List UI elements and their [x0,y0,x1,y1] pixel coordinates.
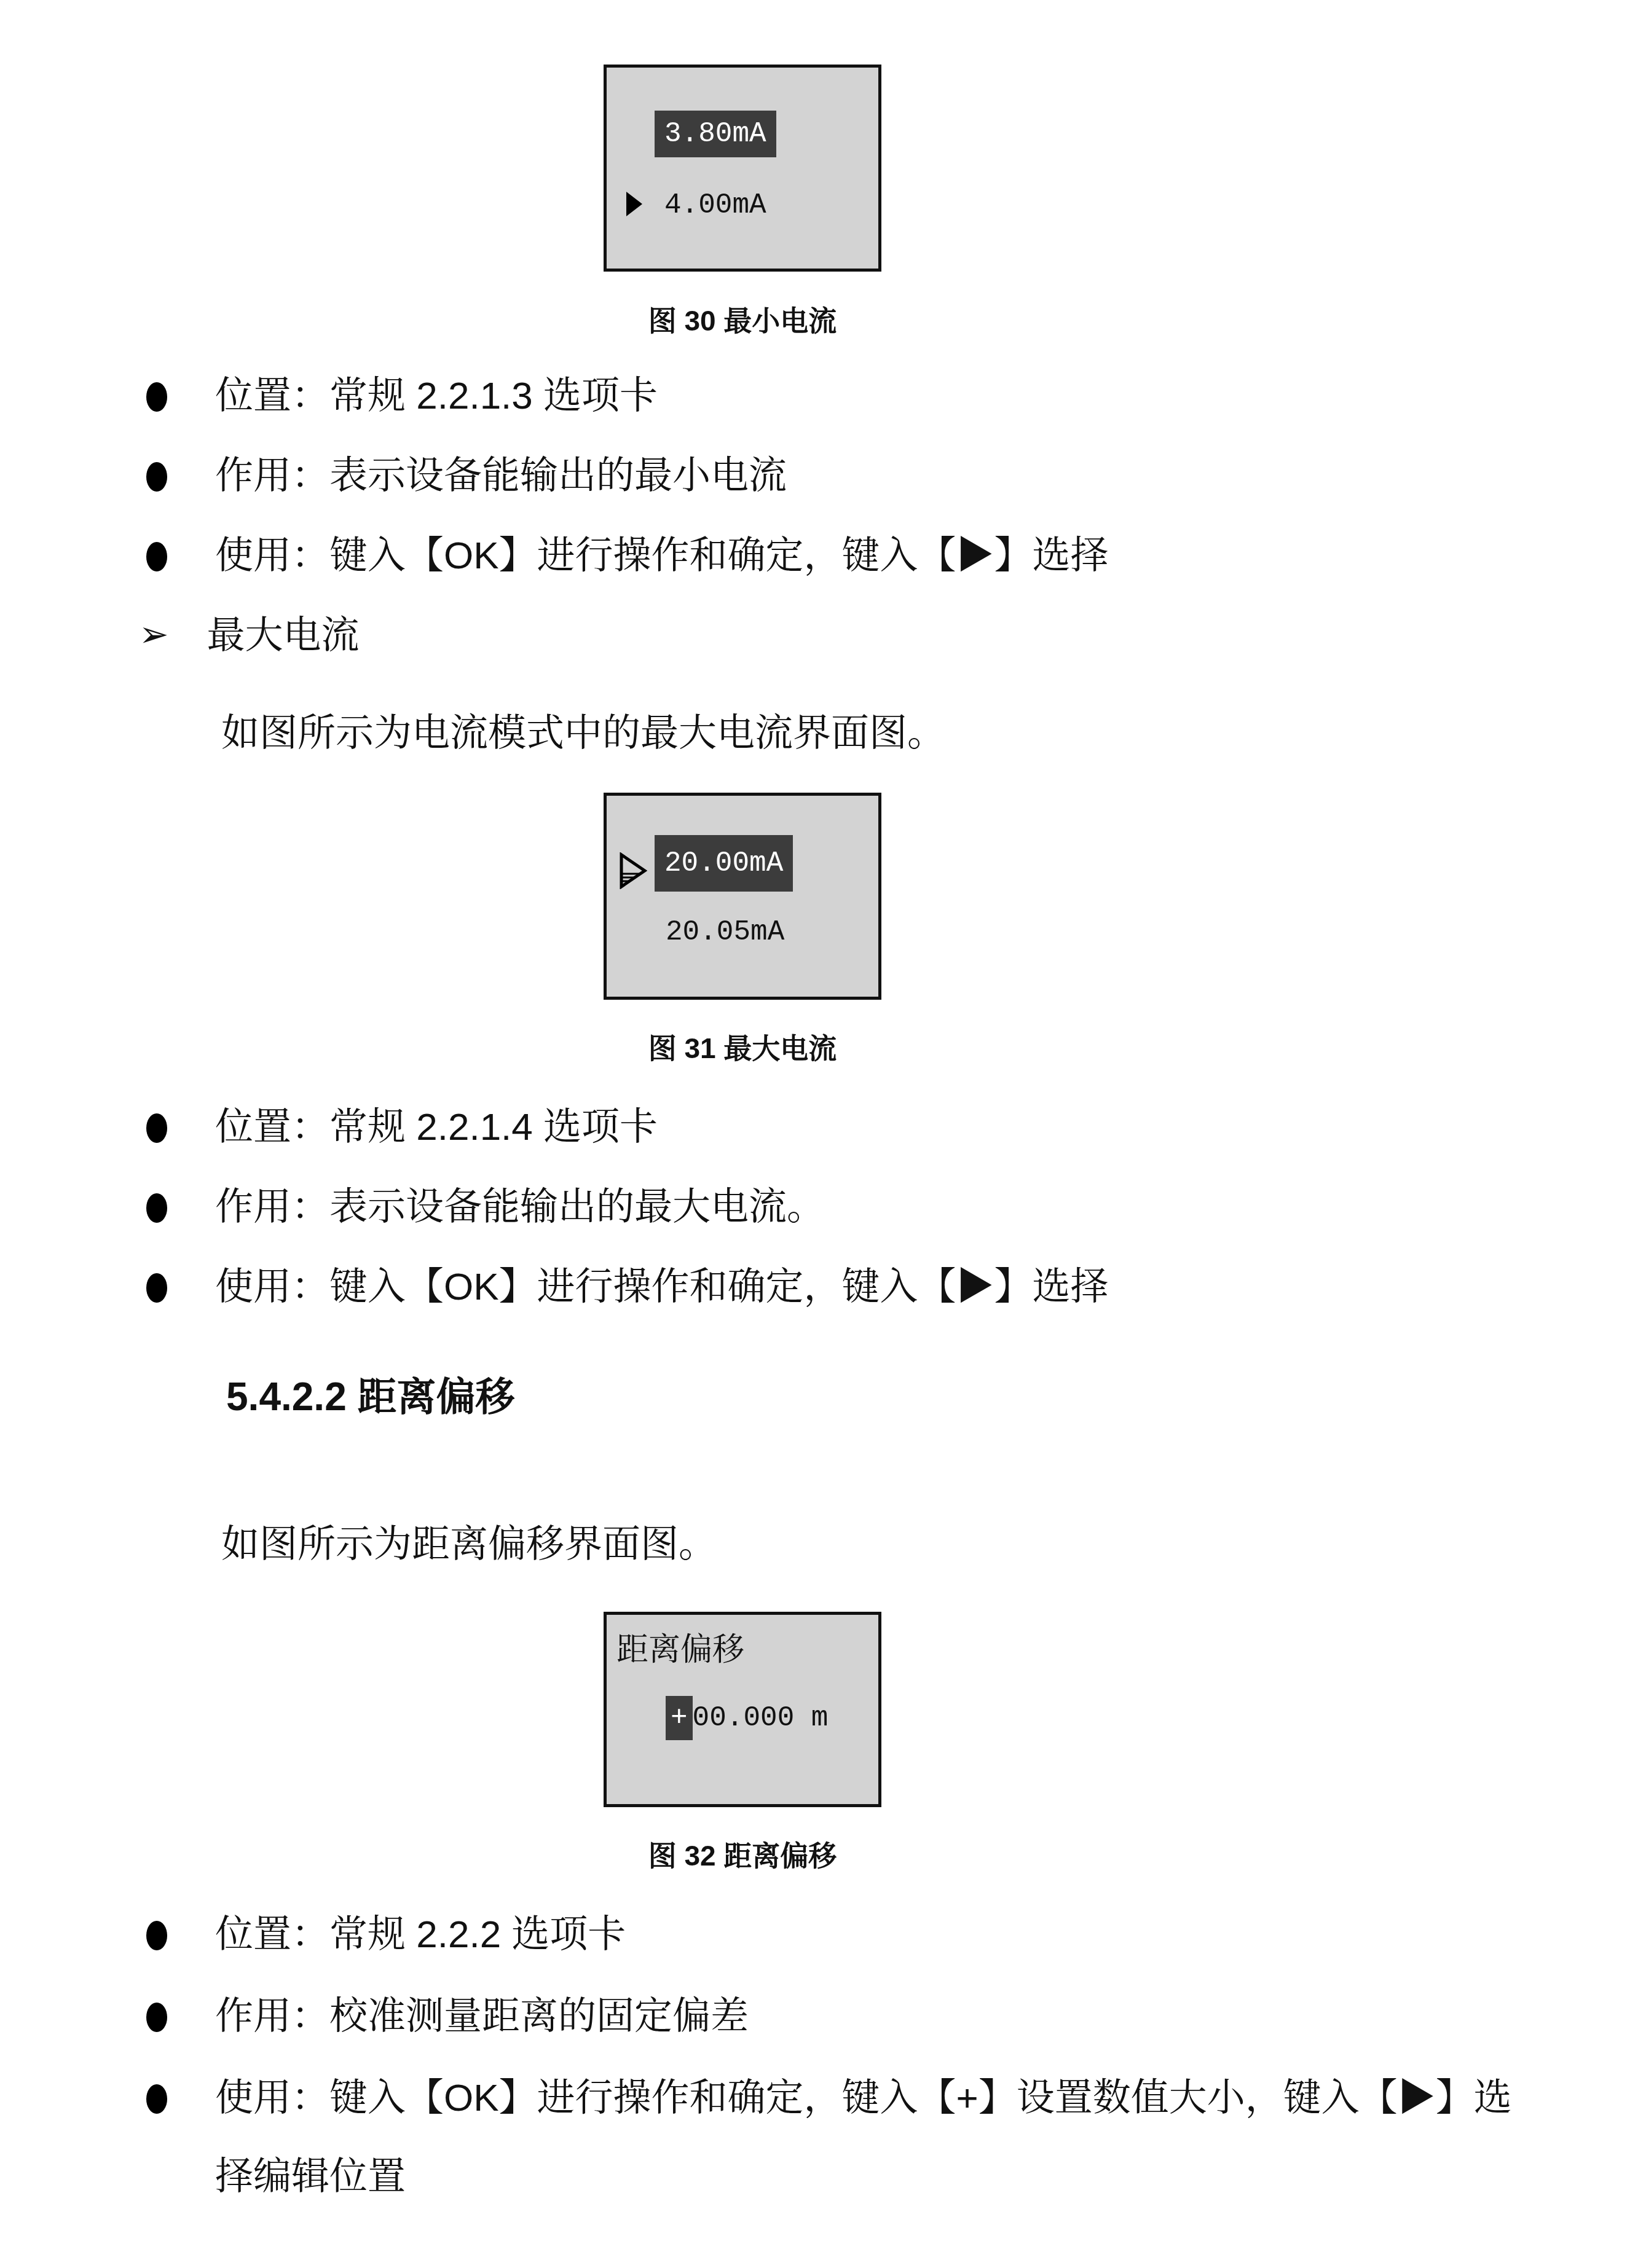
offset-value-row: +00.000 m [666,1696,828,1740]
list-item: 使用：键入【OK】进行操作和确定，键入【▶】选择 [146,533,1578,579]
screen-title: 距离偏移 [616,1623,744,1670]
list-item: 作用：表示设备能输出的最小电流 [146,453,1578,499]
second-value: 20.05mA [666,916,784,948]
list-item: 作用：表示设备能输出的最大电流。 [146,1185,1578,1230]
bullet-icon [146,1273,167,1303]
bullet-icon [146,1113,167,1143]
sign-highlight: + [666,1696,693,1740]
list-item-text: 位置：常规 2.2.1.4 选项卡 [215,1105,658,1150]
list-item-text: 作用：表示设备能输出的最小电流 [215,453,787,499]
arrow-list-item: ➢ 最大电流 [139,613,360,659]
list-item-text: 使用：键入【OK】进行操作和确定，键入【+】设置数值大小，键入【▶】选 [215,2076,1512,2121]
list-item-continuation: 择编辑位置 [215,2146,406,2200]
bullet-icon [146,1921,167,1950]
list-item: 作用：校准测量距离的固定偏差 [146,1994,1578,2039]
bullet-icon [146,382,167,412]
list-item-text: 位置：常规 2.2.1.3 选项卡 [215,374,658,419]
cursor-value: 4.00mA [664,189,766,221]
list-item: 使用：键入【OK】进行操作和确定，键入【+】设置数值大小，键入【▶】选 [146,2076,1578,2121]
list-item: 使用：键入【OK】进行操作和确定，键入【▶】选择 [146,1265,1578,1310]
bullet-icon [146,542,167,571]
selected-value: 3.80mA [655,111,776,157]
list-item-text: 位置：常规 2.2.2 选项卡 [215,1912,626,1958]
arrow-item-text: 最大电流 [207,613,360,659]
list-item: 位置：常规 2.2.1.3 选项卡 [146,374,1578,419]
list-item: 位置：常规 2.2.1.4 选项卡 [146,1105,1578,1150]
paragraph-distance-offset: 如图所示为距离偏移界面图。 [221,1513,717,1568]
manual-page: 3.80mA 4.00mA 图 30 最小电流 位置：常规 2.2.1.3 选项… [0,0,1638,2268]
list-item-text: 使用：键入【OK】进行操作和确定，键入【▶】选择 [215,1265,1109,1310]
lcd-screen-distance-offset: 距离偏移 +00.000 m [604,1612,881,1807]
list-item-text: 使用：键入【OK】进行操作和确定，键入【▶】选择 [215,533,1109,579]
figure-caption-31: 图 31 最大电流 [604,1026,881,1067]
bullet-icon [146,1193,167,1223]
figure-caption-32: 图 32 距离偏移 [604,1834,881,1874]
lcd-screen-max-current: 20.00mA 20.05mA [604,793,881,1000]
lcd-screen-min-current: 3.80mA 4.00mA [604,65,881,272]
section-heading: 5.4.2.2 距离偏移 [226,1365,515,1422]
cursor-arrow-icon [625,190,644,221]
list-item-text: 作用：表示设备能输出的最大电流。 [215,1185,825,1230]
bullet-icon [146,2003,167,2032]
offset-value: 00.000 m [693,1702,829,1734]
selected-value: 20.00mA [655,835,793,892]
bullet-icon [146,462,167,492]
bullet-icon [146,2084,167,2114]
arrow-bullet-icon: ➢ [139,613,169,656]
figure-caption-30: 图 30 最小电流 [604,299,881,339]
list-item: 位置：常规 2.2.2 选项卡 [146,1912,1578,1958]
list-item-text: 作用：校准测量距离的固定偏差 [215,1994,749,2039]
selection-arrow-icon [619,852,647,892]
paragraph-max-current: 如图所示为电流模式中的最大电流界面图。 [221,702,945,757]
